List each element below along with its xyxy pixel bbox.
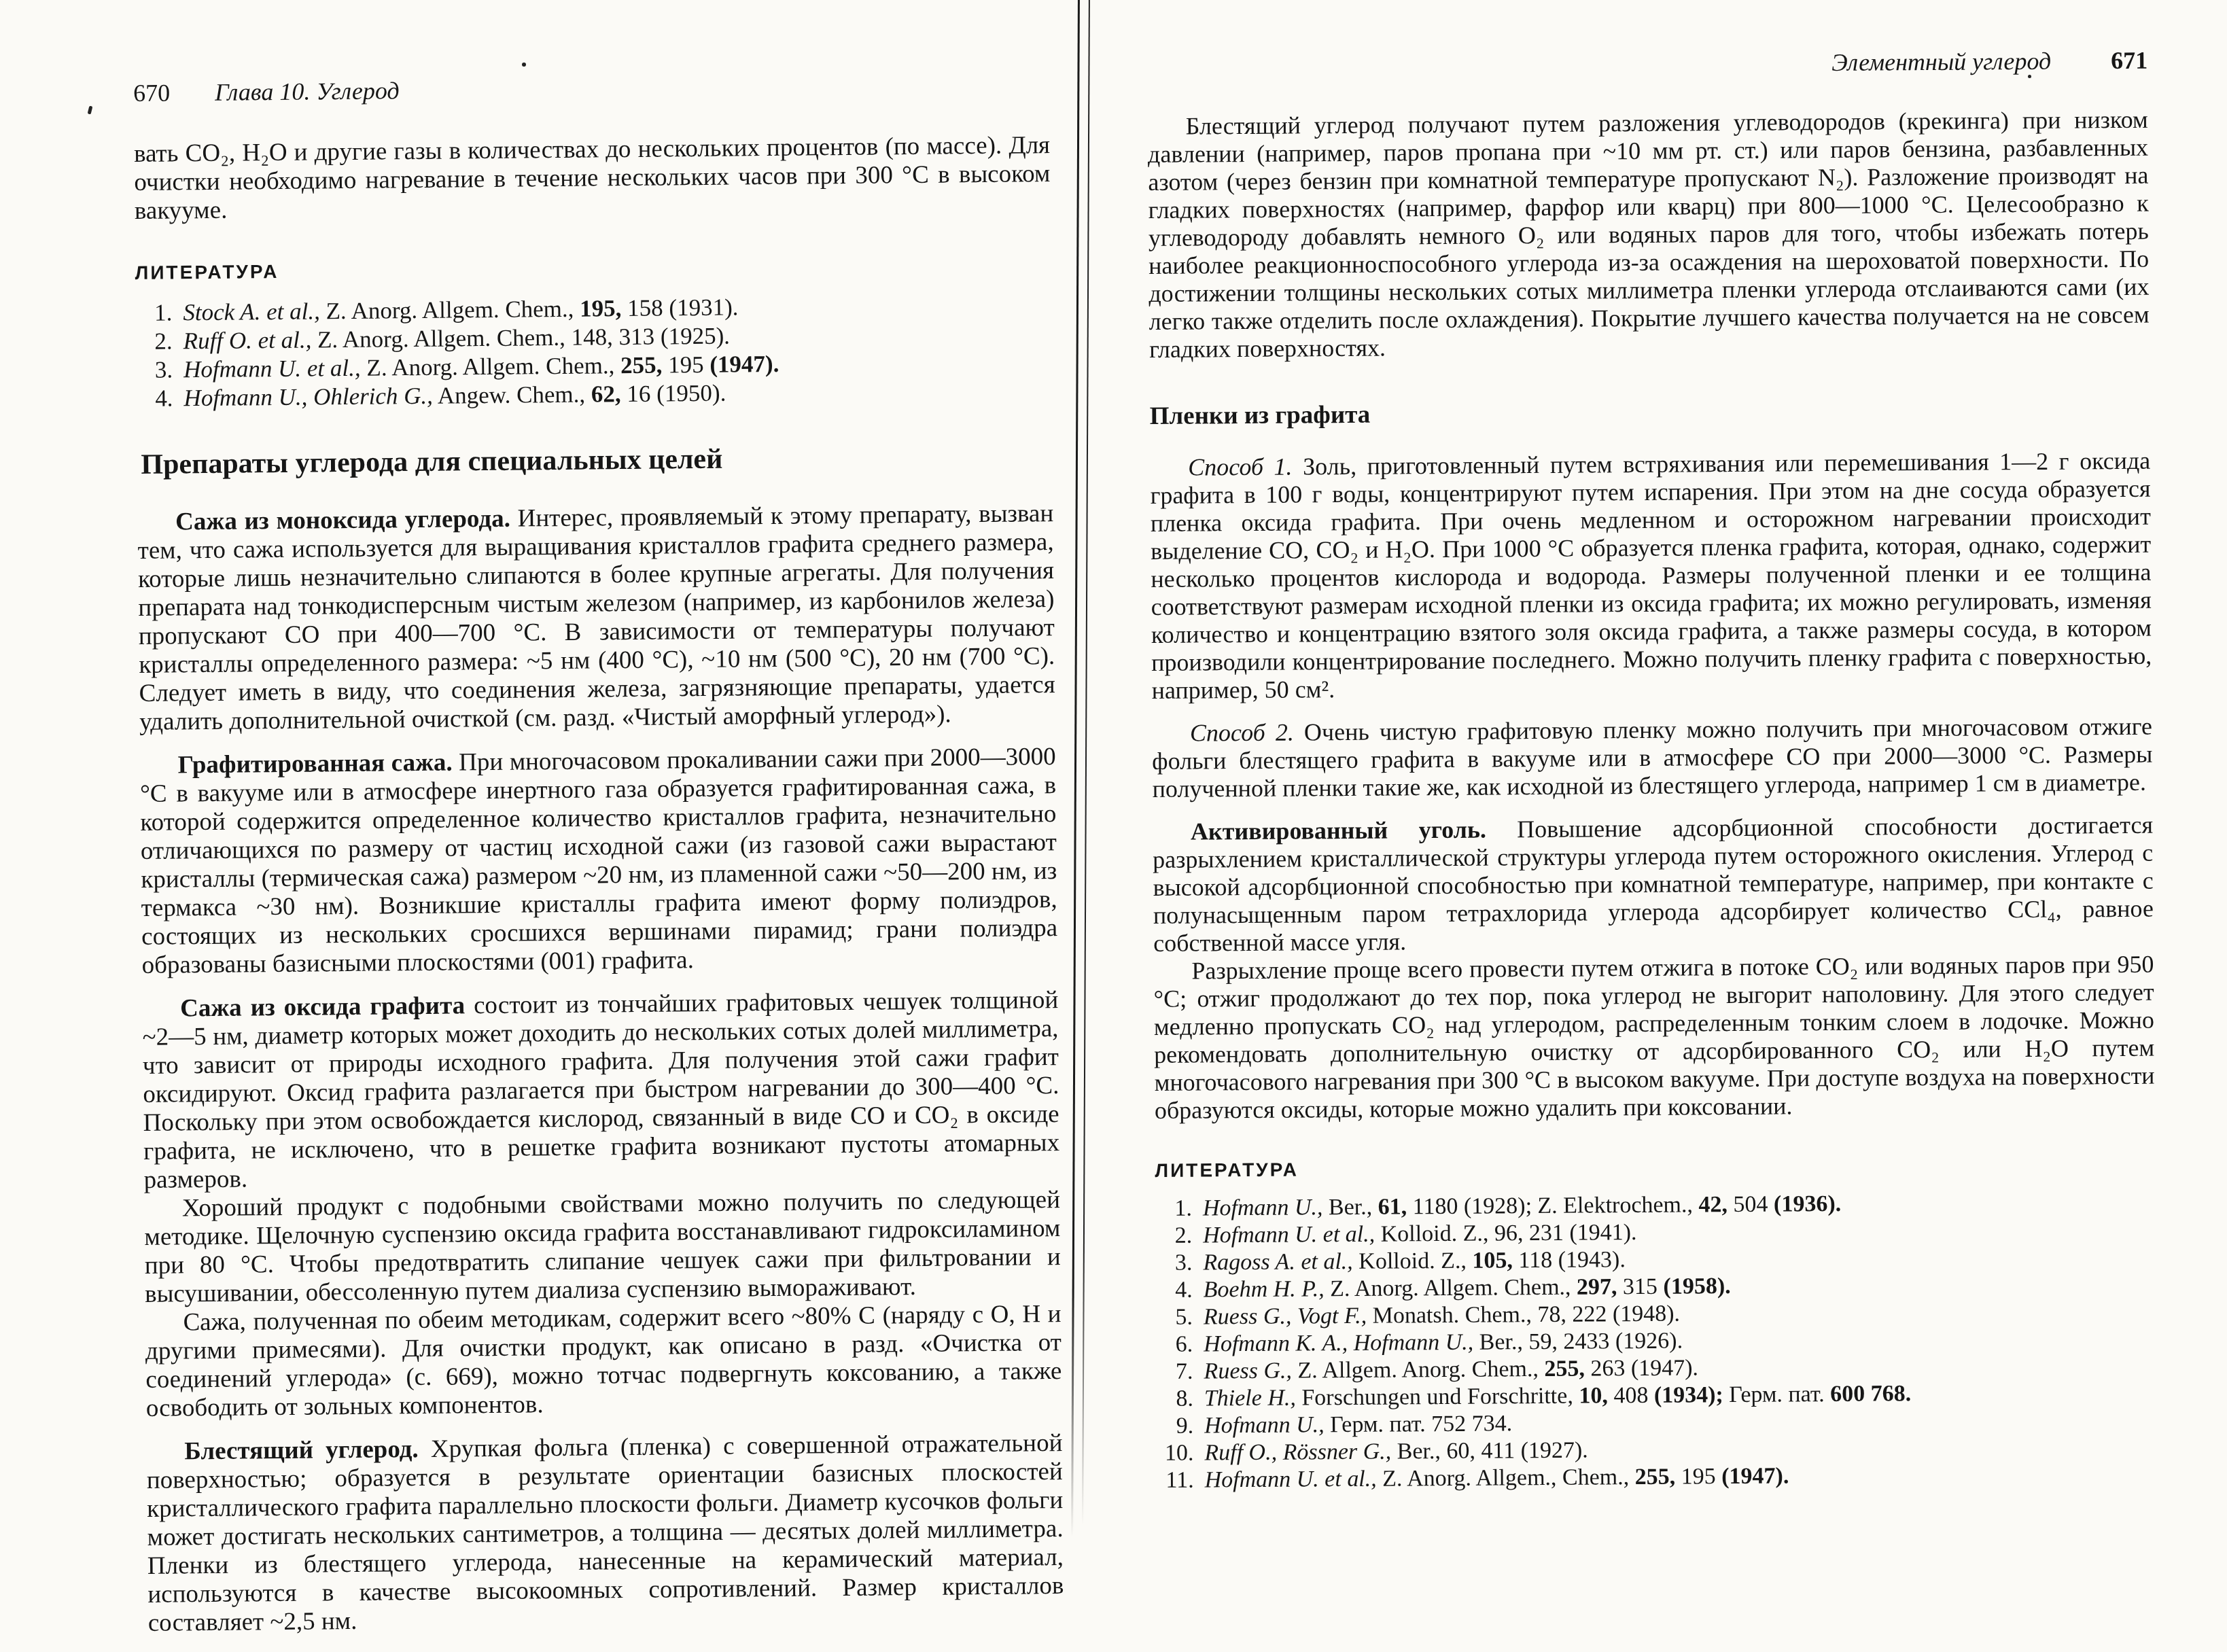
paragraph-graphitized-soot: Графитированная сажа. При многочасовом п… — [140, 743, 1058, 980]
scan-speck — [88, 106, 93, 115]
reference-text: Hofmann K. A., Hofmann U., Ber., 59, 243… — [1204, 1329, 1683, 1357]
reference-text: Thiele H., Forschungen und Forschritte, … — [1204, 1381, 1912, 1411]
reference-text: Boehm H. P., Z. Anorg. Allgem. Chem., 29… — [1204, 1273, 1731, 1302]
left-page: 670 Глава 10. Углерод вать CO₂, H₂O и др… — [133, 70, 1064, 1638]
reference-number: 1. — [135, 298, 172, 328]
reference-text: Hofmann U. et al., Z. Anorg. Allgem. Che… — [183, 351, 779, 383]
paragraph-shiny-carbon-preparation: Блестящий углерод получают путем разложе… — [1148, 106, 2150, 364]
paragraph-text: Блестящий углерод получают путем разложе… — [1148, 106, 2150, 363]
reference-number: 5. — [1156, 1304, 1193, 1331]
paragraph-lead: Сажа из оксида графита — [180, 992, 465, 1023]
paragraph-lead: Способ 2. — [1190, 719, 1294, 747]
intro-continuation-paragraph: вать CO₂, H₂O и другие газы в количества… — [134, 131, 1051, 226]
paragraph-text: Золь, приготовленный путем встряхивания … — [1150, 447, 2152, 704]
left-running-title: Глава 10. Углерод — [215, 76, 400, 107]
paragraph-lead: Активированный уголь. — [1191, 816, 1486, 845]
right-reference-list: 1.Hofmann U., Ber., 61, 1180 (1928); Z. … — [1155, 1189, 2158, 1494]
subheading-graphite-films: Пленки из графита — [1150, 395, 2150, 431]
book-spread-scan: 670 Глава 10. Углерод вать CO₂, H₂O и др… — [0, 0, 2227, 1652]
binding-line — [1071, 0, 1080, 1537]
paragraph-soot-composition: Сажа, полученная по обеим методикам, сод… — [145, 1300, 1062, 1423]
reference-text: Ruess G., Vogt F., Monatsh. Chem., 78, 2… — [1204, 1301, 1680, 1330]
right-page-header: Элементный углерод 671 — [1147, 46, 2147, 82]
paragraph-loosening-procedure: Разрыхление проще всего провести путем о… — [1153, 951, 2155, 1125]
reference-text: Stock A. et al., Z. Anorg. Allgem. Chem.… — [183, 294, 739, 326]
left-reference-list: 1.Stock A. et al., Z. Anorg. Allgem. Che… — [135, 290, 1053, 413]
reference-number: 3. — [136, 355, 173, 385]
reference-number: 4. — [1156, 1277, 1193, 1304]
right-running-title: Элементный углерод — [1831, 47, 2051, 77]
reference-text: Hofmann U. et al., Kolloid. Z., 96, 231 … — [1203, 1220, 1637, 1248]
paragraph-lead: Сажа из моноксида углерода. — [175, 505, 510, 536]
left-page-header: 670 Глава 10. Углерод — [133, 70, 1049, 107]
right-page-number: 671 — [2111, 46, 2147, 75]
reference-text: Ruff O. et al., Z. Anorg. Allgem. Chem.,… — [183, 323, 731, 355]
paragraph-text: Сажа, полученная по обеим методикам, сод… — [145, 1300, 1062, 1422]
paragraph-method-1: Способ 1. Золь, приготовленный путем вст… — [1150, 447, 2152, 705]
paragraph-text: Хороший продукт с подобными свойствами м… — [144, 1186, 1061, 1308]
scan-speck — [522, 63, 526, 67]
paragraph-text: Очень чистую графитовую пленку можно пол… — [1152, 713, 2152, 803]
paragraph-method-2: Способ 2. Очень чистую графитовую пленку… — [1152, 713, 2153, 803]
paragraph-shiny-carbon: Блестящий углерод. Хрупкая фольга (пленк… — [146, 1429, 1064, 1638]
paragraph-lead: Блестящий углерод. — [184, 1435, 419, 1465]
reference-number: 1. — [1155, 1195, 1192, 1223]
reference-number: 11. — [1157, 1467, 1194, 1494]
paragraph-lead: Способ 1. — [1188, 453, 1293, 481]
reference-number: 9. — [1157, 1413, 1193, 1440]
section-heading: Препараты углерода для специальных целей — [141, 440, 1053, 481]
right-literature-heading: ЛИТЕРАТУРА — [1155, 1153, 2155, 1182]
paragraph-soot-from-carbon-monoxide: Сажа из моноксида углерода. Интерес, про… — [137, 499, 1055, 737]
paragraph-activated-carbon: Активированный уголь. Повышение адсорбци… — [1153, 811, 2154, 957]
reference-text: Hofmann U., Герм. пат. 752 734. — [1204, 1411, 1512, 1438]
right-page: Элементный углерод 671 Блестящий углерод… — [1147, 46, 2158, 1494]
reference-number: 6. — [1156, 1331, 1193, 1358]
paragraph-text: Интерес, проявляемый к этому препарату, … — [137, 499, 1055, 736]
reference-number: 7. — [1156, 1358, 1193, 1386]
left-literature-heading: ЛИТЕРАТУРА — [135, 253, 1051, 284]
paragraph-lead: Графитированная сажа. — [178, 749, 453, 779]
reference-text: Ruess G., Z. Allgem. Anorg. Chem., 255, … — [1204, 1355, 1698, 1384]
paragraph-text: При многочасовом прокаливании сажи при 2… — [140, 743, 1057, 979]
paragraph-soot-from-graphite-oxide: Сажа из оксида графита состоит из тончай… — [142, 986, 1060, 1195]
reference-text: Hofmann U., Ber., 61, 1180 (1928); Z. El… — [1203, 1191, 1842, 1221]
reference-number: 2. — [136, 327, 173, 356]
reference-number: 2. — [1155, 1223, 1192, 1250]
reference-number: 4. — [136, 384, 173, 413]
reference-text: Ruff O., Rössner G., Ber., 60, 411 (1927… — [1204, 1438, 1588, 1466]
paragraph-text: Разрыхление проще всего провести путем о… — [1154, 951, 2155, 1124]
left-page-number: 670 — [133, 78, 170, 107]
reference-text: Hofmann U., Ohlerich G., Angew. Chem., 6… — [183, 380, 726, 412]
binding-line — [1082, 0, 1090, 1525]
paragraph-good-product-method: Хороший продукт с подобными свойствами м… — [144, 1186, 1062, 1309]
reference-number: 8. — [1157, 1386, 1193, 1413]
reference-text: Hofmann U. et al., Z. Anorg. Allgem., Ch… — [1205, 1463, 1789, 1492]
reference-number: 10. — [1157, 1440, 1193, 1467]
reference-number: 3. — [1155, 1250, 1192, 1277]
reference-text: Ragoss A. et al., Kolloid. Z., 105, 118 … — [1203, 1247, 1626, 1275]
